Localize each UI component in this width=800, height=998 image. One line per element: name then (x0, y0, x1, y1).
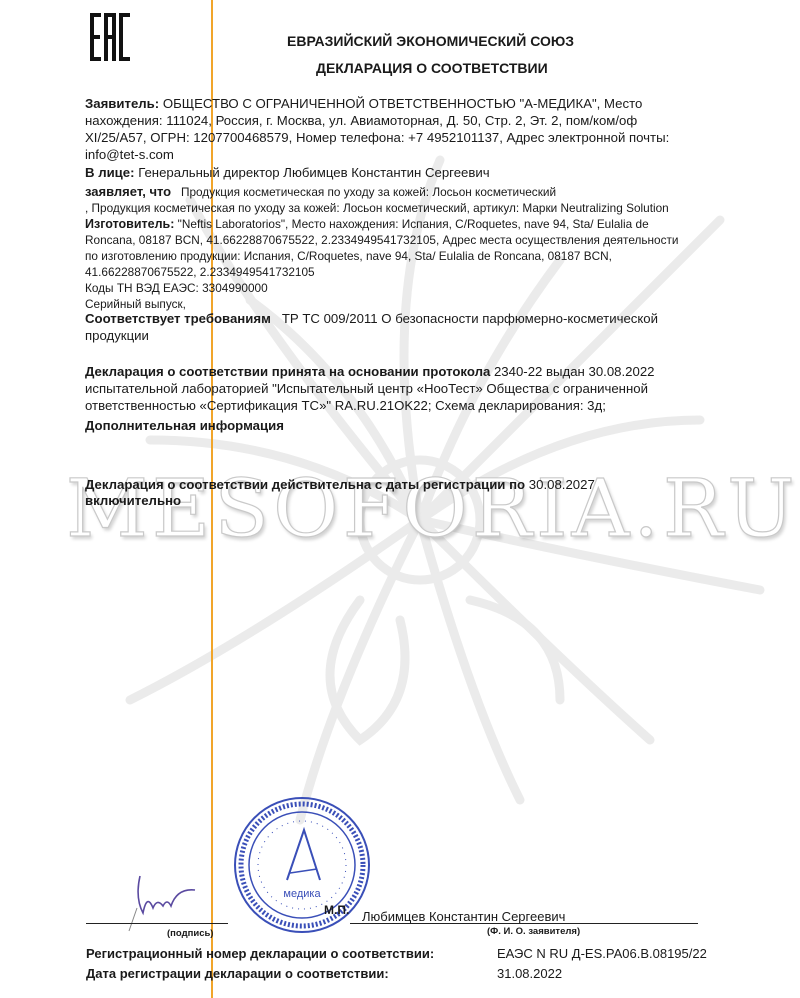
name-underline (350, 923, 698, 924)
applicant-line-1: Заявитель: ОБЩЕСТВО С ОГРАНИЧЕННОЙ ОТВЕТ… (85, 95, 642, 112)
signature-underline (86, 923, 228, 924)
registration-number-value: ЕАЭС N RU Д-ES.PA06.B.08195/22 (497, 946, 707, 961)
applicant-email: info@tet-s.com (85, 146, 174, 163)
declares-label: заявляет, что (85, 184, 171, 199)
hs-codes: Коды ТН ВЭД ЕАЭС: 3304990000 (85, 280, 268, 296)
eac-logo (90, 13, 130, 61)
basis-label: Декларация о соответствии принята на осн… (85, 364, 490, 379)
basis-line-3: ответственностью «Сертификация ТС»" RA.R… (85, 397, 606, 414)
manufacturer-line-1: Изготовитель: "Neftis Laboratorios", Мес… (85, 216, 649, 232)
company-stamp: медика (232, 795, 372, 935)
declares-line-2: , Продукция косметическая по уходу за ко… (85, 200, 669, 216)
representative: В лице: Генеральный директор Любимцев Ко… (85, 164, 490, 181)
name-caption: (Ф. И. О. заявителя) (487, 926, 580, 937)
registration-date-value: 31.08.2022 (497, 966, 562, 981)
validity-line-2: включительно (85, 492, 181, 509)
requirements-line-2: продукции (85, 327, 149, 344)
requirements-line-1: Соответствует требованиям ТР ТС 009/2011… (85, 310, 658, 327)
requirements-label: Соответствует требованиям (85, 311, 271, 326)
declares-line-1: заявляет, что Продукция косметическая по… (85, 184, 556, 200)
validity-date: 30.08.2027 (529, 477, 595, 492)
representative-label: В лице: (85, 165, 135, 180)
svg-text:медика: медика (283, 888, 321, 900)
validity-label: Декларация о соответствии действительна … (85, 477, 525, 492)
signature-caption: (подпись) (167, 928, 213, 939)
additional-info: Дополнительная информация (85, 417, 284, 434)
applicant-label: Заявитель: (85, 96, 159, 111)
manufacturer-label: Изготовитель: (85, 217, 174, 231)
basis-line-2: испытательной лабораторией "Испытательны… (85, 380, 648, 397)
validity-line-1: Декларация о соответствии действительна … (85, 476, 595, 493)
applicant-line-2: нахождения: 111024, Россия, г. Москва, у… (85, 112, 637, 129)
stamp-mp-label: М.П. (324, 902, 349, 919)
registration-number-label: Регистрационный номер декларации о соотв… (86, 946, 434, 961)
applicant-line-3: XI/25/A57, ОГРН: 1207700468579, Номер те… (85, 129, 669, 146)
manufacturer-line-4: 41.66228870675522, 2.2334949541732105 (85, 264, 315, 280)
document-title: ДЕКЛАРАЦИЯ О СООТВЕТСТВИИ (316, 60, 800, 76)
registration-date-label: Дата регистрации декларации о соответств… (86, 966, 389, 981)
manufacturer-line-2: Roncana, 08187 BCN, 41.66228870675522, 2… (85, 232, 679, 248)
union-title: ЕВРАЗИЙСКИЙ ЭКОНОМИЧЕСКИЙ СОЮЗ (287, 33, 800, 49)
manufacturer-line-3: по изготовлению продукции: Испания, C/Ro… (85, 248, 612, 264)
basis-line-1: Декларация о соответствии принята на осн… (85, 363, 655, 380)
